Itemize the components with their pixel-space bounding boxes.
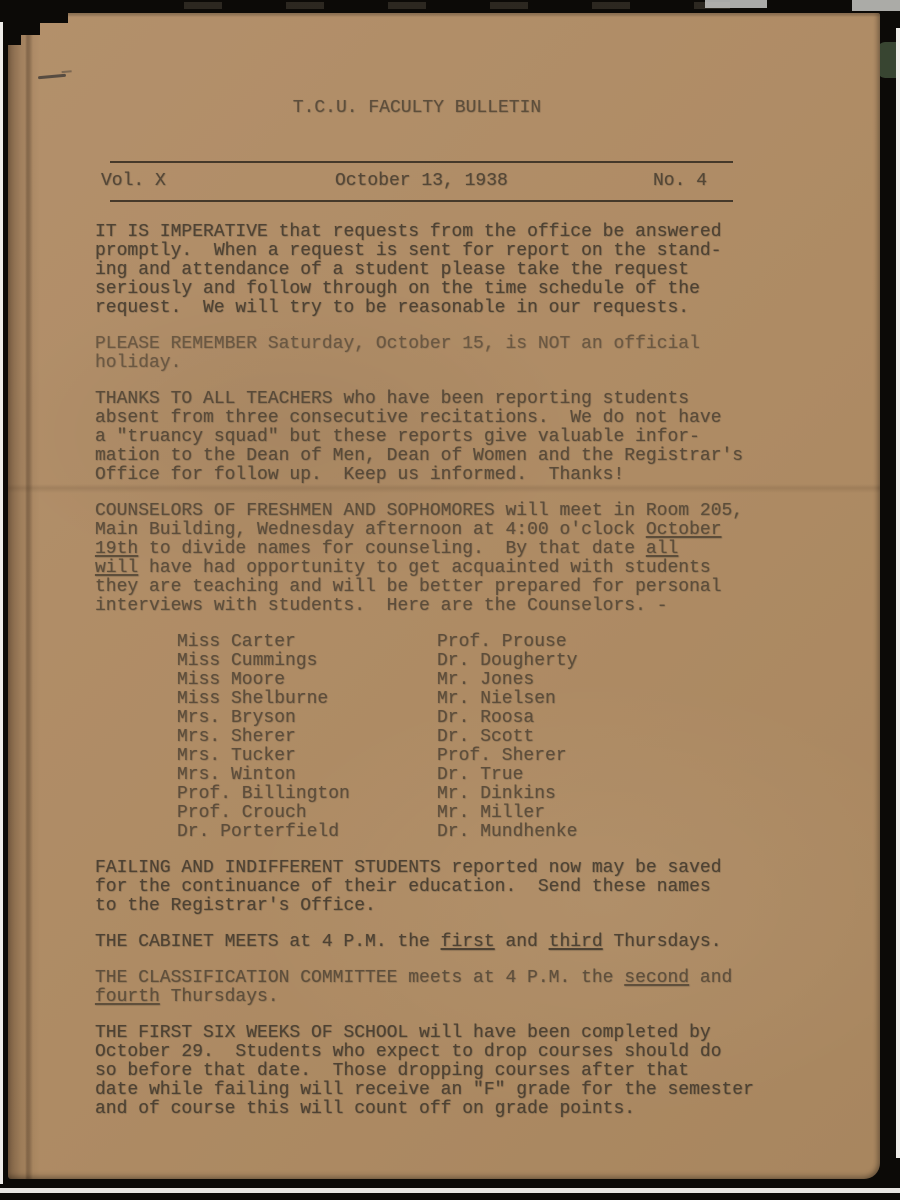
masthead-date: October 13, 1938 xyxy=(335,172,508,191)
scan-edge-left xyxy=(0,22,3,1184)
counselor-name: Prof. Billington xyxy=(177,785,437,804)
counselor-name: Prof. Sherer xyxy=(437,747,577,766)
document-paragraphs: IT IS IMPERATIVE that requests from the … xyxy=(95,223,763,1119)
underlined-text: October xyxy=(646,520,722,540)
paragraph: THE CLASSIFICATION COMMITTEE meets at 4 … xyxy=(95,969,763,1007)
paragraph: COUNSELORS OF FRESHMEN AND SOPHOMORES wi… xyxy=(95,502,763,616)
paragraph-text: FAILING AND INDIFFERENT STUDENTS reporte… xyxy=(95,858,722,916)
counselor-name: Mr. Miller xyxy=(437,804,577,823)
counselor-name: Prof. Prouse xyxy=(437,633,577,652)
counselor-name: Dr. True xyxy=(437,766,577,785)
scan-smudge-patch xyxy=(705,0,767,8)
page-title: T.C.U. FACULTY BULLETIN xyxy=(137,99,697,118)
document-content: T.C.U. FACULTY BULLETIN Vol. X October 1… xyxy=(95,99,763,1136)
underlined-text: fourth xyxy=(95,987,160,1007)
paragraph-text: THE FIRST SIX WEEKS OF SCHOOL will have … xyxy=(95,1023,754,1119)
scan-smudge-patch xyxy=(852,0,900,11)
counselor-name: Miss Moore xyxy=(177,671,437,690)
paragraph-text: THANKS TO ALL TEACHERS who have been rep… xyxy=(95,389,743,485)
paragraph: IT IS IMPERATIVE that requests from the … xyxy=(95,223,763,318)
paragraph: THANKS TO ALL TEACHERS who have been rep… xyxy=(95,390,763,485)
masthead-number: No. 4 xyxy=(653,172,707,191)
counselor-list: Miss CarterMiss CummingsMiss MooreMiss S… xyxy=(177,633,763,842)
counselor-name: Miss Carter xyxy=(177,633,437,652)
divider-line xyxy=(110,200,733,202)
underlined-text: 19th xyxy=(95,539,138,559)
counselor-name: Mrs. Sherer xyxy=(177,728,437,747)
paragraph: PLEASE REMEMBER Saturday, October 15, is… xyxy=(95,335,763,373)
document-page: T.C.U. FACULTY BULLETIN Vol. X October 1… xyxy=(8,13,880,1179)
paragraph-text: THE CLASSIFICATION COMMITTEE meets at 4 … xyxy=(95,968,624,988)
counselor-name: Mr. Nielsen xyxy=(437,690,577,709)
pen-mark xyxy=(38,74,66,79)
counselor-name: Mr. Jones xyxy=(437,671,577,690)
underlined-text: second xyxy=(624,968,689,988)
counselor-name: Dr. Mundhenke xyxy=(437,823,577,842)
paragraph-text: to divide names for counseling. By that … xyxy=(138,539,646,559)
paragraph-text: PLEASE REMEMBER Saturday, October 15, is… xyxy=(95,334,700,373)
counselor-name: Mrs. Winton xyxy=(177,766,437,785)
paper-tear xyxy=(8,13,21,45)
underlined-text: will xyxy=(95,558,138,578)
scan-smudges xyxy=(120,2,730,9)
paragraph-text: Thursdays. xyxy=(160,987,279,1007)
paragraph: FAILING AND INDIFFERENT STUDENTS reporte… xyxy=(95,859,763,916)
counselor-column: Prof. ProuseDr. DoughertyMr. JonesMr. Ni… xyxy=(437,633,577,842)
counselor-name: Dr. Porterfield xyxy=(177,823,437,842)
counselor-name: Dr. Scott xyxy=(437,728,577,747)
scan-edge-right xyxy=(896,28,900,1158)
masthead: Vol. X October 13, 1938 No. 4 xyxy=(95,172,763,191)
paragraph-text: and xyxy=(495,932,549,952)
counselor-column: Miss CarterMiss CummingsMiss MooreMiss S… xyxy=(177,633,437,842)
counselor-name: Miss Cummings xyxy=(177,652,437,671)
counselor-name: Miss Shelburne xyxy=(177,690,437,709)
counselor-name: Mrs. Bryson xyxy=(177,709,437,728)
counselor-name: Dr. Dougherty xyxy=(437,652,577,671)
underlined-text: all xyxy=(646,539,678,559)
underlined-text: third xyxy=(549,932,603,952)
paragraph-text: Thursdays. xyxy=(603,932,722,952)
paragraph: THE FIRST SIX WEEKS OF SCHOOL will have … xyxy=(95,1024,763,1119)
counselor-name: Prof. Crouch xyxy=(177,804,437,823)
paragraph-text: THE CABINET MEETS at 4 P.M. the xyxy=(95,932,441,952)
counselor-name: Mr. Dinkins xyxy=(437,785,577,804)
paragraph: THE CABINET MEETS at 4 P.M. the first an… xyxy=(95,933,763,952)
paragraph-text: IT IS IMPERATIVE that requests from the … xyxy=(95,222,722,318)
paragraph-text: have had opportunity to get acquainted w… xyxy=(95,558,722,616)
counselor-name: Dr. Roosa xyxy=(437,709,577,728)
underlined-text: first xyxy=(441,932,495,952)
masthead-volume: Vol. X xyxy=(101,172,166,191)
scan-edge-bottom xyxy=(0,1188,900,1193)
counselor-name: Mrs. Tucker xyxy=(177,747,437,766)
divider-line xyxy=(110,161,733,163)
paragraph-text: and xyxy=(689,968,732,988)
